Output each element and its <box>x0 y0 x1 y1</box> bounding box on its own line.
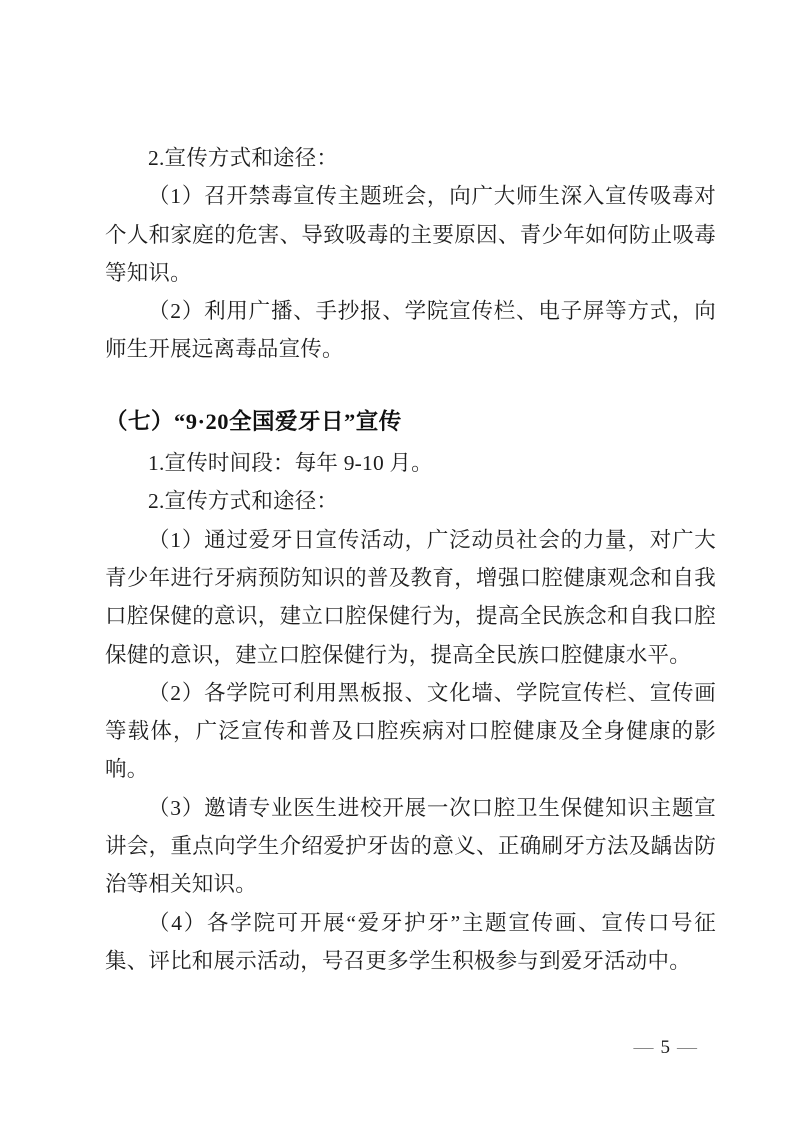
document-body: 2.宣传方式和途径： （1）召开禁毒宣传主题班会，向广大师生深入宣传吸毒对个人和… <box>105 139 716 980</box>
page-number: —5— <box>634 1035 698 1060</box>
page-number-dash-right: — <box>677 1036 697 1058</box>
sub-point-2: （2）各学院可利用黑板报、文化墙、学院宣传栏、宣传画等载体，广泛宣传和普及口腔疾… <box>105 674 716 789</box>
page-number-value: 5 <box>661 1037 671 1058</box>
page-number-dash-left: — <box>634 1036 654 1058</box>
sub-point-3: （3）邀请专业医生进校开展一次口腔卫生保健知识主题宣讲会，重点向学生介绍爱护牙齿… <box>105 789 716 904</box>
sub-point-1: （1）通过爱牙日宣传活动，广泛动员社会的力量，对广大青少年进行牙病预防知识的普及… <box>105 521 716 674</box>
sub-point-1: （1）召开禁毒宣传主题班会，向广大师生深入宣传吸毒对个人和家庭的危害、导致吸毒的… <box>105 177 716 292</box>
sub-point-4: （4）各学院可开展“爱牙护牙”主题宣传画、宣传口号征集、评比和展示活动，号召更多… <box>105 904 716 981</box>
method-item: 2.宣传方式和途径： <box>105 139 716 177</box>
time-item: 1.宣传时间段：每年 9-10 月。 <box>105 444 716 482</box>
section-heading: （七）“9·20全国爱牙日”宣传 <box>105 403 716 441</box>
sub-point-2: （2）利用广播、手抄报、学院宣传栏、电子屏等方式，向师生开展远离毒品宣传。 <box>105 292 716 369</box>
document-page: 2.宣传方式和途径： （1）召开禁毒宣传主题班会，向广大师生深入宣传吸毒对个人和… <box>0 0 793 1122</box>
method-item: 2.宣传方式和途径： <box>105 482 716 520</box>
